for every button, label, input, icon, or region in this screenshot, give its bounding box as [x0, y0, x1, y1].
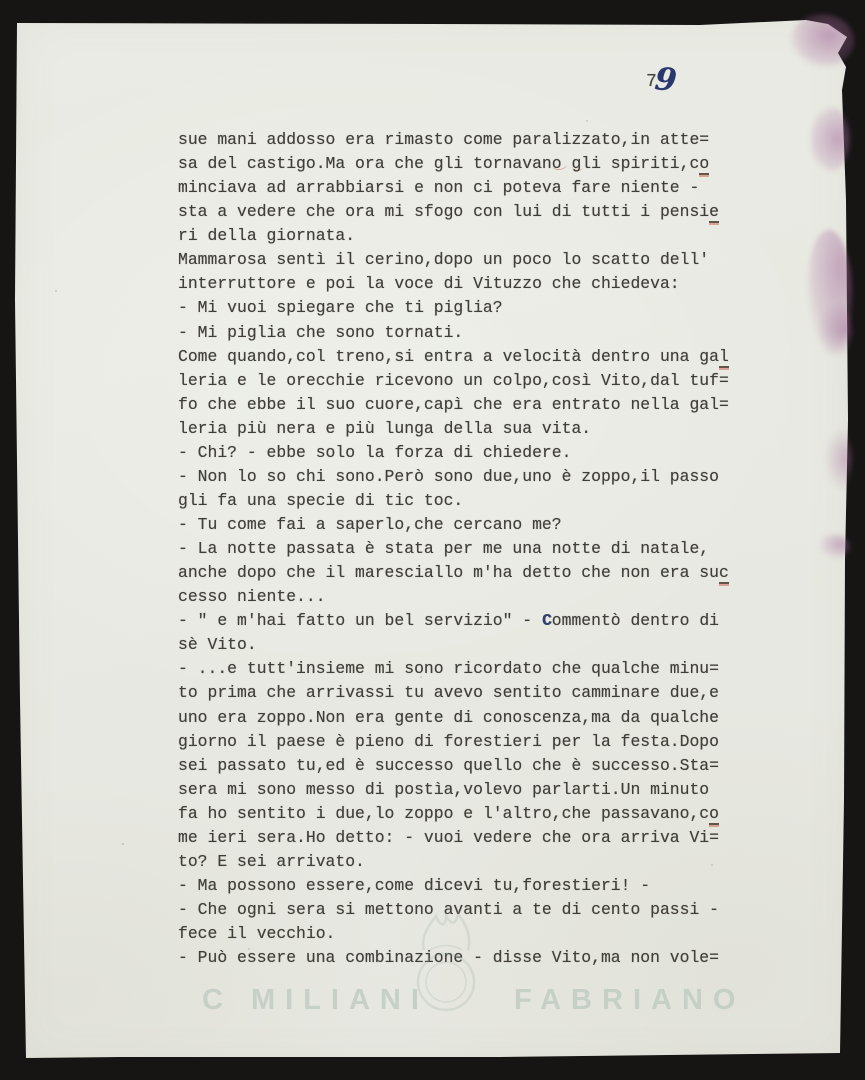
typewritten-line: to? E sei arrivato.: [178, 850, 758, 874]
purple-stain-lower-edge: [824, 426, 852, 492]
typewritten-line: fece il vecchio.: [178, 922, 758, 946]
page-number: 7 9: [646, 66, 686, 106]
typewritten-line: to prima che arrivassi tu avevo sentito …: [178, 681, 758, 705]
typewritten-line: interruttore e poi la voce di Vituzzo ch…: [178, 272, 758, 296]
purple-stain-top-corner: [790, 14, 854, 68]
typewritten-line: - ...e tutt'insieme mi sono ricordato ch…: [178, 657, 758, 681]
typewritten-line: - La notte passata è stata per me una no…: [178, 537, 758, 561]
typewritten-line: sue mani addosso era rimasto come parali…: [178, 128, 758, 152]
continuation-underline: e: [709, 202, 719, 223]
typewritten-line: leria e le orecchie ricevono un colpo,co…: [178, 369, 758, 393]
typewritten-line: - Ma possono essere,come dicevi tu,fores…: [178, 874, 758, 898]
typewritten-line: - " e m'hai fatto un bel servizio" - Com…: [178, 609, 758, 633]
typewritten-line: minciava ad arrabbiarsi e non ci poteva …: [178, 176, 758, 200]
typewritten-line: ri della giornata.: [178, 224, 758, 248]
typewritten-line: giorno il paese è pieno di forestieri pe…: [178, 730, 758, 754]
typewritten-line: Come quando,col treno,si entra a velocit…: [178, 345, 758, 369]
page-number-ink-digit: 9: [653, 61, 678, 99]
paper-grain-flecks: [0, 0, 2, 2]
typewritten-line: - Tu come fai a saperlo,che cercano me?: [178, 513, 758, 537]
typewritten-line: - Chi? - ebbe solo la forza di chiedere.: [178, 441, 758, 465]
purple-stain-small-edge: [818, 534, 850, 560]
typewritten-line: - Non lo so chi sono.Però sono due,uno è…: [178, 465, 758, 489]
purple-stain-upper-edge: [810, 106, 850, 172]
continuation-underline: o: [709, 804, 719, 825]
continuation-underline: o: [699, 154, 709, 175]
typewritten-line: gli fa una specie di tic toc.: [178, 489, 758, 513]
ink-overstruck-char: C: [542, 611, 552, 630]
typewritten-line: sera mi sono messo di postìa,volevo parl…: [178, 778, 758, 802]
typewritten-line: uno era zoppo.Non era gente di conoscenz…: [178, 706, 758, 730]
typewritten-line: sa del castigo.Ma ora che gli tornavano …: [178, 152, 758, 176]
text-block: sue mani addosso era rimasto come parali…: [178, 128, 758, 970]
continuation-underline: c: [719, 563, 729, 584]
typewritten-line: - Che ogni sera si mettono avanti a te d…: [178, 898, 758, 922]
typewritten-line: sei passato tu,ed è successo quello che …: [178, 754, 758, 778]
typewritten-line: fa ho sentito i due,lo zoppo e l'altro,c…: [178, 802, 758, 826]
typewritten-line: me ieri sera.Ho detto: - vuoi vedere che…: [178, 826, 758, 850]
purple-stain-mid-edge-core: [816, 300, 852, 360]
typewritten-line: leria più nera e più lunga della sua vit…: [178, 417, 758, 441]
typewritten-line: anche dopo che il maresciallo m'ha detto…: [178, 561, 758, 585]
scan-background: 7 9 sue mani addosso era rimasto come pa…: [0, 0, 865, 1080]
typewritten-line: cesso niente...: [178, 585, 758, 609]
continuation-underline: l: [719, 347, 729, 368]
typewritten-line: - Può essere una combinazione - disse Vi…: [178, 946, 758, 970]
typewritten-line: sta a vedere che ora mi sfogo con lui di…: [178, 200, 758, 224]
typewritten-line: sè Vito.: [178, 633, 758, 657]
typewritten-line: fo che ebbe il suo cuore,capì che era en…: [178, 393, 758, 417]
typewritten-line: Mammarosa sentì il cerino,dopo un poco l…: [178, 248, 758, 272]
typewritten-line: - Mi piglia che sono tornati.: [178, 321, 758, 345]
typewritten-line: - Mi vuoi spiegare che ti piglia?: [178, 296, 758, 320]
